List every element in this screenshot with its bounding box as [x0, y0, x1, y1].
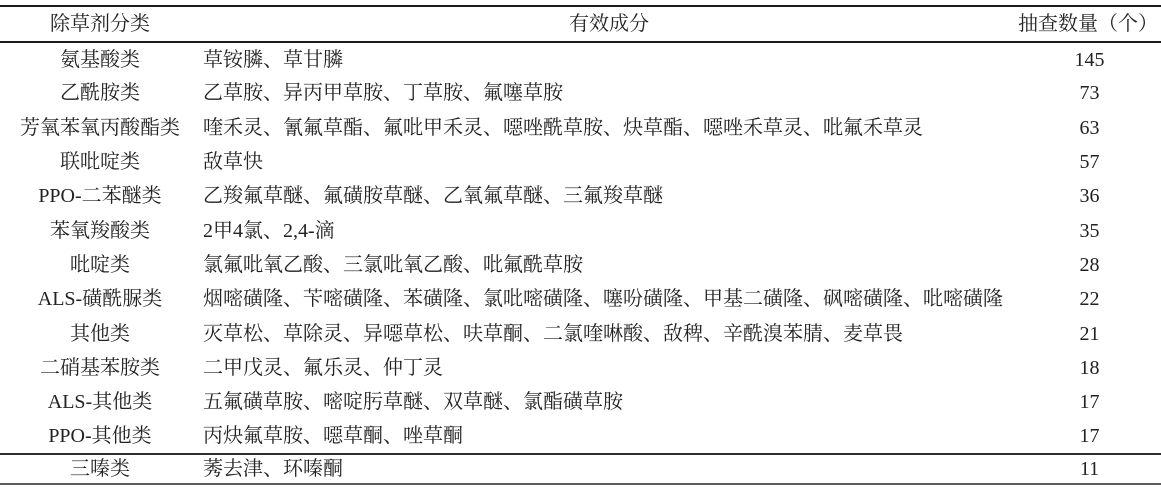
col-header-category: 除草剂分类 — [0, 6, 200, 42]
count-cell: 28 — [1018, 248, 1161, 282]
table-row: 二硝基苯胺类二甲戊灵、氟乐灵、仲丁灵18 — [0, 351, 1161, 385]
ingredients-cell: 烟嘧磺隆、苄嘧磺隆、苯磺隆、氯吡嘧磺隆、噻吩磺隆、甲基二磺隆、砜嘧磺隆、吡嘧磺隆 — [200, 282, 1018, 316]
table-row: ALS-其他类五氟磺草胺、嘧啶肟草醚、双草醚、氯酯磺草胺17 — [0, 385, 1161, 419]
table-row: PPO-二苯醚类乙羧氟草醚、氟磺胺草醚、乙氧氟草醚、三氟羧草醚36 — [0, 179, 1161, 213]
table-row: 吡啶类氯氟吡氧乙酸、三氯吡氧乙酸、吡氟酰草胺28 — [0, 248, 1161, 282]
count-cell: 21 — [1018, 316, 1161, 350]
category-cell: 氨基酸类 — [0, 42, 200, 76]
table-row: PPO-其他类丙炔氟草胺、噁草酮、唑草酮17 — [0, 419, 1161, 453]
count-cell: 36 — [1018, 179, 1161, 213]
table-row: 氨基酸类草铵膦、草甘膦145 — [0, 42, 1161, 76]
ingredients-cell: 氯氟吡氧乙酸、三氯吡氧乙酸、吡氟酰草胺 — [200, 248, 1018, 282]
count-cell: 73 — [1018, 76, 1161, 110]
ingredients-cell: 丙炔氟草胺、噁草酮、唑草酮 — [200, 419, 1018, 453]
category-cell: 二硝基苯胺类 — [0, 351, 200, 385]
table-row: ALS-磺酰脲类烟嘧磺隆、苄嘧磺隆、苯磺隆、氯吡嘧磺隆、噻吩磺隆、甲基二磺隆、砜… — [0, 282, 1161, 316]
category-cell: ALS-磺酰脲类 — [0, 282, 200, 316]
category-cell: PPO-二苯醚类 — [0, 179, 200, 213]
ingredients-cell: 灭草松、草除灵、异噁草松、呋草酮、二氯喹啉酸、敌稗、辛酰溴苯腈、麦草畏 — [200, 316, 1018, 350]
table-row: 苯氧羧酸类2甲4氯、2,4-滴35 — [0, 213, 1161, 247]
category-cell: 联吡啶类 — [0, 145, 200, 179]
ingredients-cell: 乙草胺、异丙甲草胺、丁草胺、氟噻草胺 — [200, 76, 1018, 110]
count-cell: 22 — [1018, 282, 1161, 316]
category-cell: 其他类 — [0, 316, 200, 350]
ingredients-cell: 草铵膦、草甘膦 — [200, 42, 1018, 76]
count-cell: 63 — [1018, 111, 1161, 145]
count-cell: 57 — [1018, 145, 1161, 179]
table-page: 除草剂分类 有效成分 抽查数量（个） 氨基酸类草铵膦、草甘膦145乙酰胺类乙草胺… — [0, 0, 1161, 485]
count-cell: 17 — [1018, 385, 1161, 419]
count-cell: 11 — [1018, 454, 1161, 484]
ingredients-cell: 五氟磺草胺、嘧啶肟草醚、双草醚、氯酯磺草胺 — [200, 385, 1018, 419]
table-row: 联吡啶类敌草快57 — [0, 145, 1161, 179]
count-cell: 145 — [1018, 42, 1161, 76]
category-cell: 吡啶类 — [0, 248, 200, 282]
table-header: 除草剂分类 有效成分 抽查数量（个） — [0, 6, 1161, 42]
table-body: 氨基酸类草铵膦、草甘膦145乙酰胺类乙草胺、异丙甲草胺、丁草胺、氟噻草胺73芳氧… — [0, 42, 1161, 484]
table-row: 芳氧苯氧丙酸酯类喹禾灵、氰氟草酯、氟吡甲禾灵、噁唑酰草胺、炔草酯、噁唑禾草灵、吡… — [0, 111, 1161, 145]
category-cell: PPO-其他类 — [0, 419, 200, 453]
category-cell: 乙酰胺类 — [0, 76, 200, 110]
count-cell: 17 — [1018, 419, 1161, 453]
col-header-count: 抽查数量（个） — [1018, 6, 1161, 42]
col-header-ingredients: 有效成分 — [200, 6, 1018, 42]
category-cell: 芳氧苯氧丙酸酯类 — [0, 111, 200, 145]
herbicide-table: 除草剂分类 有效成分 抽查数量（个） 氨基酸类草铵膦、草甘膦145乙酰胺类乙草胺… — [0, 5, 1161, 485]
ingredients-cell: 莠去津、环嗪酮 — [200, 454, 1018, 484]
table-row: 其他类灭草松、草除灵、异噁草松、呋草酮、二氯喹啉酸、敌稗、辛酰溴苯腈、麦草畏21 — [0, 316, 1161, 350]
ingredients-cell: 喹禾灵、氰氟草酯、氟吡甲禾灵、噁唑酰草胺、炔草酯、噁唑禾草灵、吡氟禾草灵 — [200, 111, 1018, 145]
ingredients-cell: 二甲戊灵、氟乐灵、仲丁灵 — [200, 351, 1018, 385]
count-cell: 35 — [1018, 213, 1161, 247]
ingredients-cell: 敌草快 — [200, 145, 1018, 179]
category-cell: ALS-其他类 — [0, 385, 200, 419]
ingredients-cell: 乙羧氟草醚、氟磺胺草醚、乙氧氟草醚、三氟羧草醚 — [200, 179, 1018, 213]
ingredients-cell: 2甲4氯、2,4-滴 — [200, 213, 1018, 247]
table-row: 三嗪类莠去津、环嗪酮11 — [0, 454, 1161, 484]
category-cell: 苯氧羧酸类 — [0, 213, 200, 247]
table-row: 乙酰胺类乙草胺、异丙甲草胺、丁草胺、氟噻草胺73 — [0, 76, 1161, 110]
category-cell: 三嗪类 — [0, 454, 200, 484]
header-row: 除草剂分类 有效成分 抽查数量（个） — [0, 6, 1161, 42]
count-cell: 18 — [1018, 351, 1161, 385]
